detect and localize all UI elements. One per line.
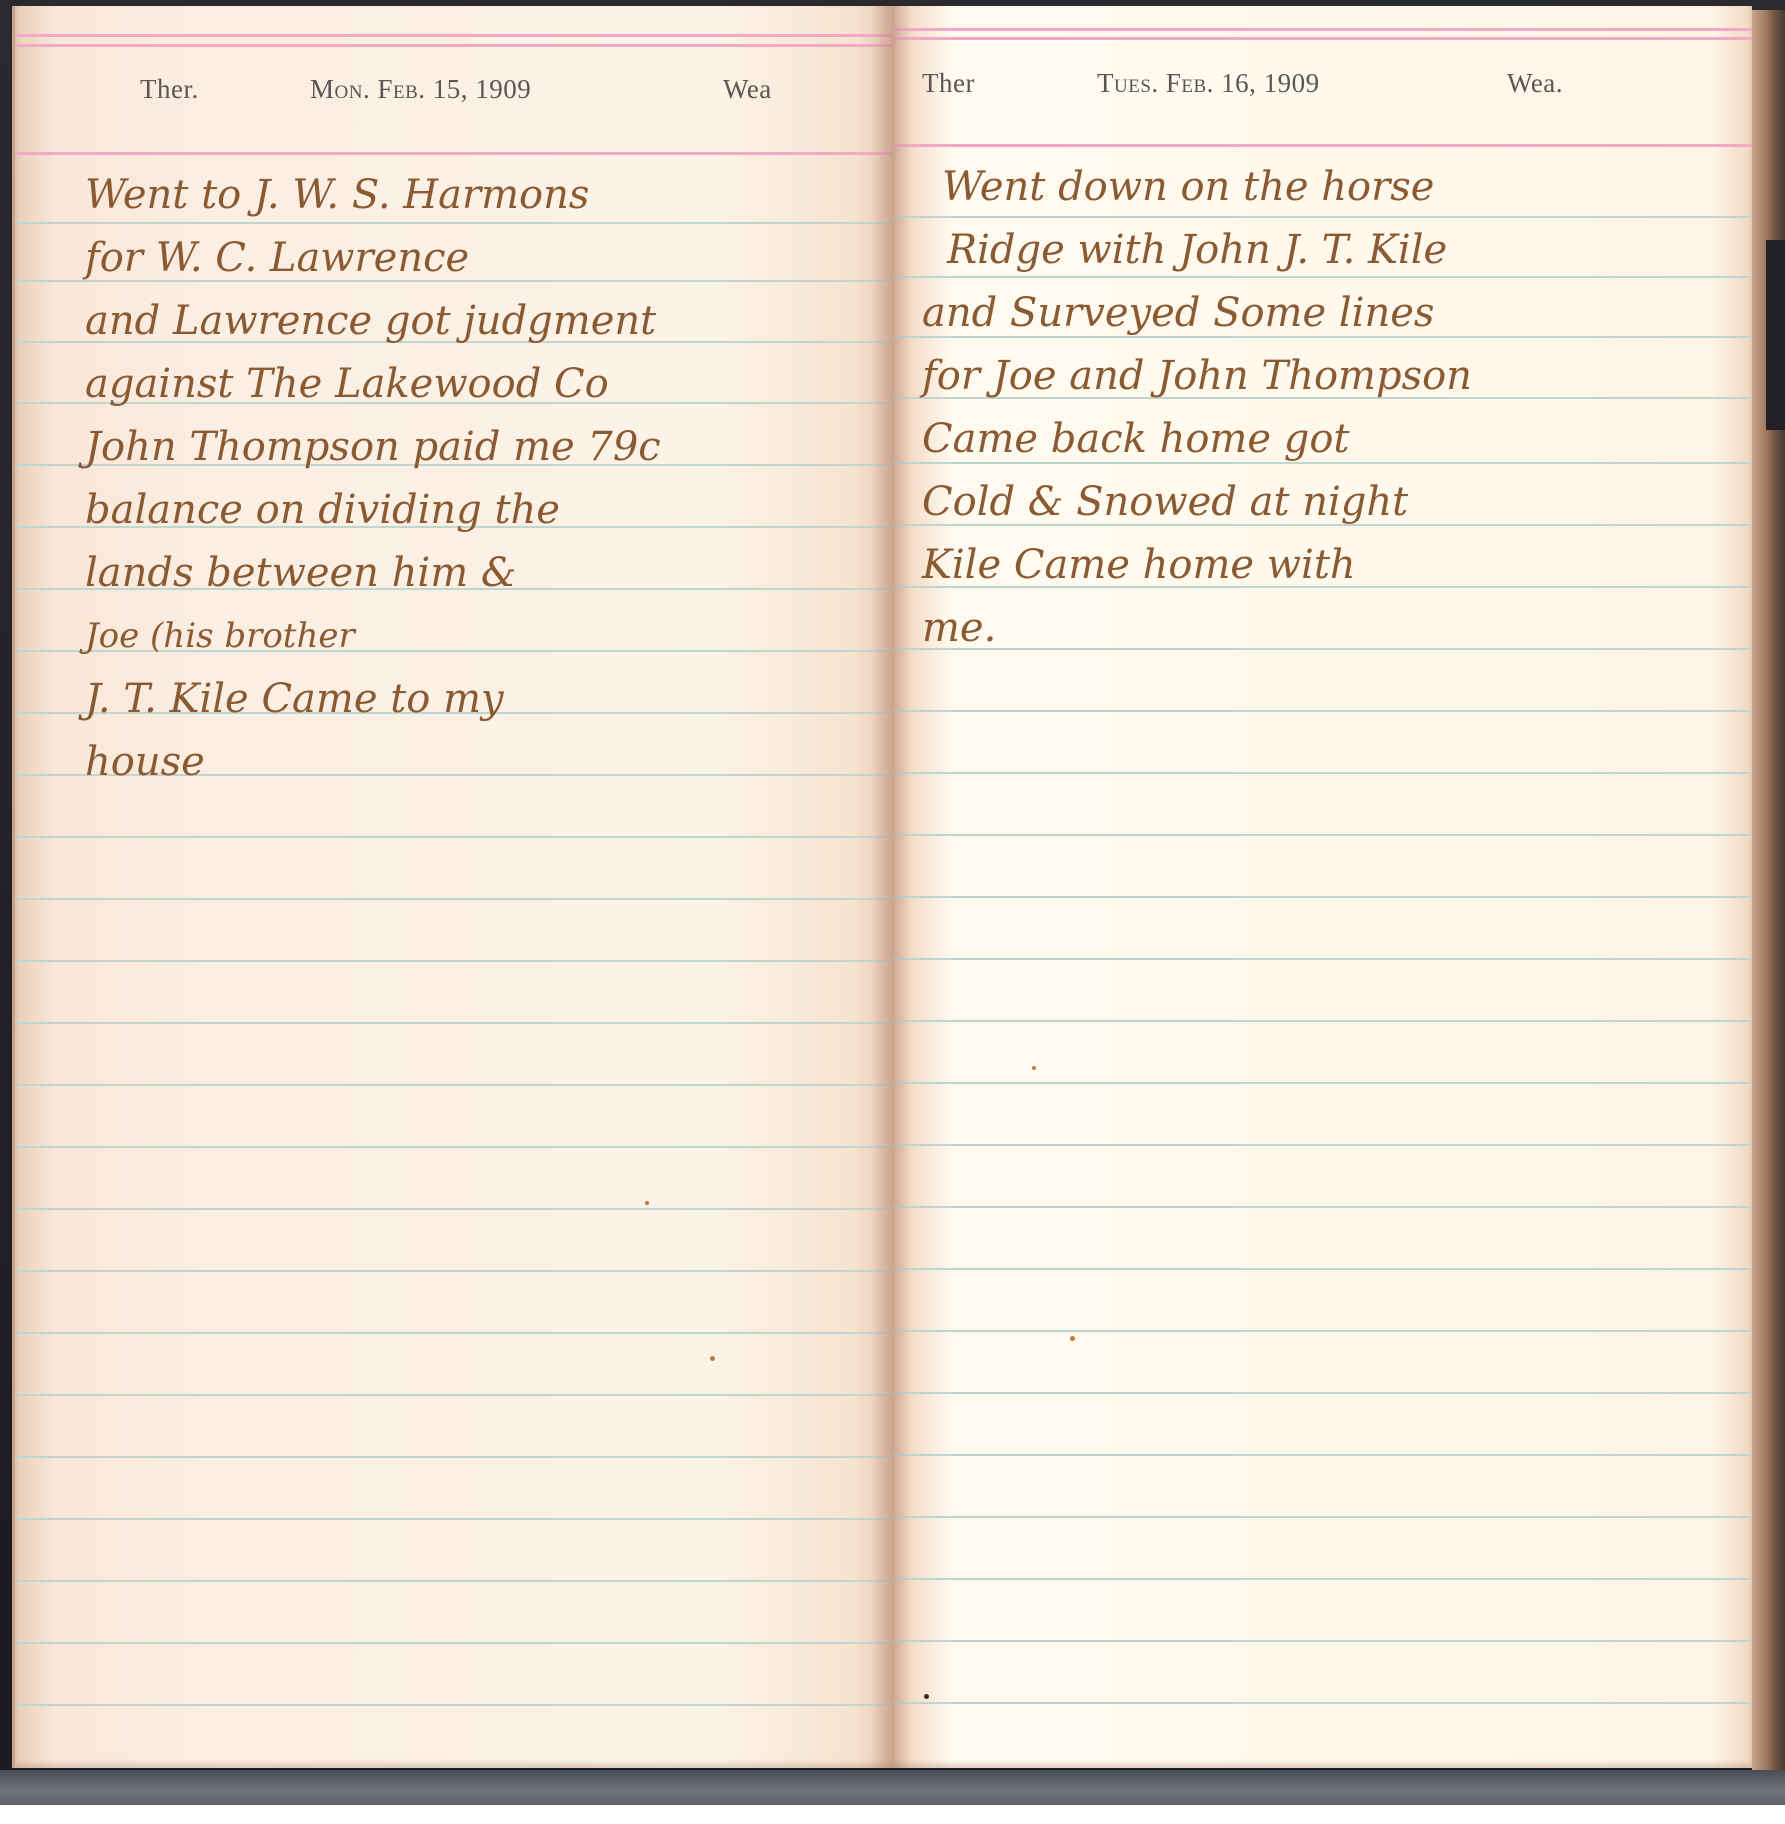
entry-line: balance on dividing the	[85, 479, 895, 542]
ruled-line	[892, 1144, 1752, 1146]
entry-line: Ridge with John J. T. Kile	[922, 219, 1752, 282]
ruled-line	[892, 958, 1752, 960]
entry-line: for Joe and John Thompson	[922, 345, 1752, 408]
ruled-line	[892, 834, 1752, 836]
header-rule-top-2	[15, 44, 895, 47]
left-entry-text: Went to J. W. S. Harmons for W. C. Lawre…	[85, 164, 895, 794]
ruled-line	[15, 1270, 895, 1272]
left-page-header: Ther. Mon. Feb. 15, 1909 Wea	[15, 74, 895, 124]
right-entry-text: Went down on the horse Ridge with John J…	[922, 156, 1752, 660]
ruled-line	[15, 960, 895, 962]
ruled-line	[15, 1084, 895, 1086]
entry-line: Kile Came home with	[922, 534, 1752, 597]
ruled-line	[892, 1330, 1752, 1332]
ruled-line	[892, 1206, 1752, 1208]
right-page-header: Ther Tues. Feb. 16, 1909 Wea.	[892, 68, 1752, 118]
book-bottom-edge	[0, 1770, 1785, 1805]
ruled-line	[15, 1456, 895, 1458]
ruled-line	[15, 836, 895, 838]
ruled-line	[15, 1146, 895, 1148]
entry-line: for W. C. Lawrence	[85, 227, 895, 290]
cover-shadow	[1766, 240, 1785, 430]
ruled-line	[15, 1208, 895, 1210]
entry-line: Came back home got	[922, 408, 1752, 471]
entry-date: Tues. Feb. 16, 1909	[1097, 68, 1320, 99]
ruled-line	[892, 710, 1752, 712]
entry-line: Went down on the horse	[922, 156, 1752, 219]
entry-date: Mon. Feb. 15, 1909	[310, 74, 531, 105]
ruled-line	[892, 1640, 1752, 1642]
ruled-line	[15, 1580, 895, 1582]
ruled-line	[892, 1392, 1752, 1394]
ruled-line	[15, 1332, 895, 1334]
entry-line: against The Lakewood Co	[85, 353, 895, 416]
entry-line: house	[85, 731, 895, 794]
entry-line: me.	[922, 597, 1752, 660]
ruled-line	[892, 1578, 1752, 1580]
header-rule-bottom	[892, 144, 1752, 147]
ruled-line	[15, 1518, 895, 1520]
ink-dot	[924, 1694, 929, 1699]
entry-line: and Lawrence got judgment	[85, 290, 895, 353]
right-page: Ther Tues. Feb. 16, 1909 Wea. Went down …	[892, 6, 1752, 1768]
entry-line: lands between him &	[85, 542, 895, 605]
wea-label: Wea	[723, 74, 772, 105]
ruled-line	[892, 1516, 1752, 1518]
entry-line: J. T. Kile Came to my	[85, 668, 895, 731]
foxing-spot	[1032, 1066, 1036, 1070]
header-rule-top	[15, 34, 895, 37]
ruled-line	[892, 1268, 1752, 1270]
foxing-spot	[710, 1356, 715, 1361]
ruled-line	[892, 772, 1752, 774]
entry-line: and Surveyed Some lines	[922, 282, 1752, 345]
ruled-line	[892, 1020, 1752, 1022]
ruled-line	[15, 898, 895, 900]
entry-line: Joe (his brother	[85, 605, 895, 668]
ruled-line	[892, 1454, 1752, 1456]
ruled-line	[892, 1082, 1752, 1084]
foxing-spot	[645, 1201, 649, 1205]
header-rule-bottom	[15, 152, 895, 155]
ruled-line	[15, 1704, 895, 1706]
header-rule-top-2	[892, 37, 1752, 40]
book-right-edge	[1752, 10, 1785, 1770]
header-rule-top	[892, 28, 1752, 31]
ruled-line	[15, 1642, 895, 1644]
foxing-spot	[1070, 1336, 1075, 1341]
wea-label: Wea.	[1507, 68, 1563, 99]
entry-line: Cold & Snowed at night	[922, 471, 1752, 534]
ruled-line	[15, 1394, 895, 1396]
ther-label: Ther.	[140, 74, 199, 105]
ruled-line	[892, 1702, 1752, 1704]
entry-line: Went to J. W. S. Harmons	[85, 164, 895, 227]
entry-line: John Thompson paid me 79c	[85, 416, 895, 479]
ther-label: Ther	[922, 68, 975, 99]
ruled-line	[15, 1022, 895, 1024]
ruled-line	[892, 896, 1752, 898]
left-page: Ther. Mon. Feb. 15, 1909 Wea Went to J. …	[12, 6, 895, 1768]
